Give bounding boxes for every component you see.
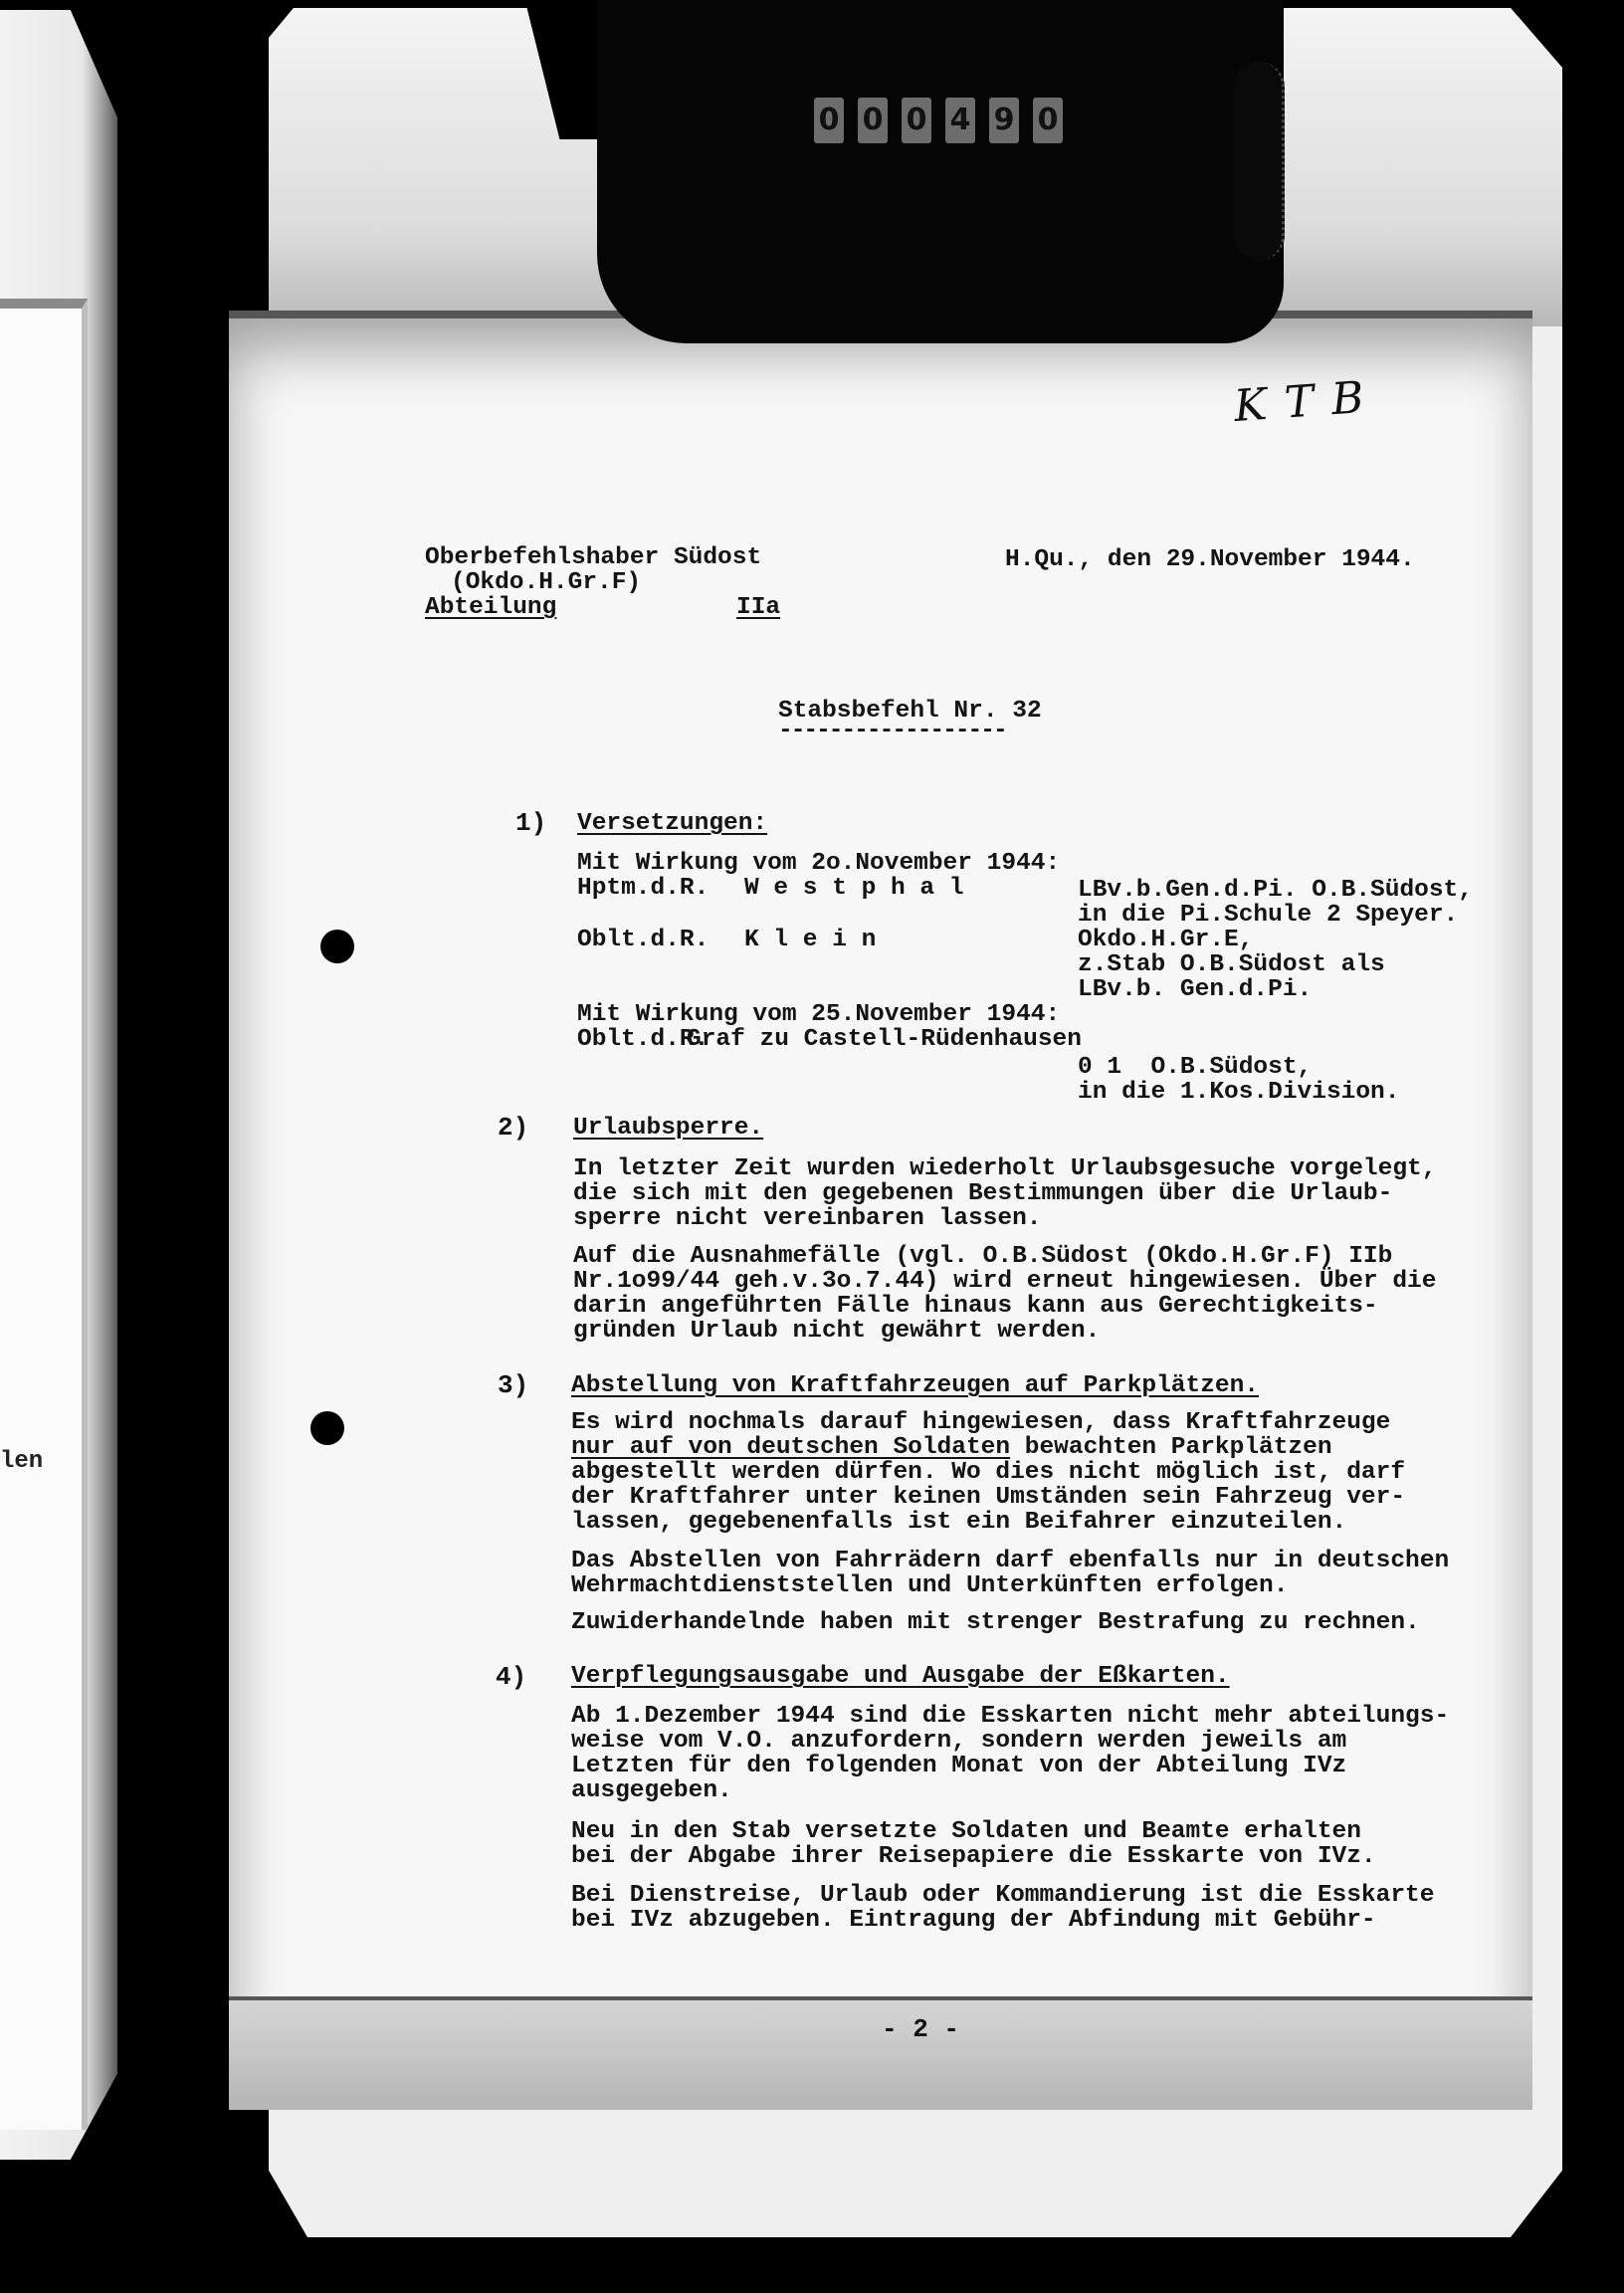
- punch-hole: [310, 1411, 344, 1445]
- rank: Hptm.d.R.: [577, 876, 709, 901]
- paragraph-line: lassen, gegebenenfalls ist ein Beifahrer…: [571, 1510, 1346, 1535]
- counter-wheel-icon: [1234, 62, 1285, 261]
- frame-counter-device: [597, 0, 1284, 343]
- person-name: W e s t p h a l: [744, 876, 964, 901]
- assignment-line: 0 1 O.B.Südost,: [1078, 1055, 1312, 1080]
- paragraph-line: Neu in den Stab versetzte Soldaten und B…: [571, 1819, 1361, 1844]
- org-line-2: (Okdo.H.Gr.F): [451, 570, 641, 595]
- adjacent-page-card: [0, 299, 88, 2130]
- department-label: Abteilung: [425, 595, 556, 620]
- assignment-line: in die 1.Kos.Division.: [1078, 1080, 1399, 1105]
- section-heading: Urlaubsperre.: [573, 1116, 763, 1141]
- section-heading: Versetzungen:: [577, 811, 767, 836]
- counter-digit: 4: [945, 98, 975, 143]
- assignment-line: LBv.b. Gen.d.Pi.: [1078, 977, 1312, 1002]
- counter-digit: 0: [858, 98, 888, 143]
- section-heading: Abstellung von Kraftfahrzeugen auf Parkp…: [571, 1373, 1259, 1398]
- paragraph-line: bei IVz abzugeben. Eintragung der Abfind…: [571, 1908, 1376, 1933]
- rank: Oblt.d.R.: [577, 928, 709, 952]
- adjacent-page-text: len: [0, 1448, 43, 1475]
- paragraph-line: Bei Dienstreise, Urlaub oder Kommandieru…: [571, 1883, 1434, 1908]
- handwritten-mark: KTB: [1232, 371, 1383, 432]
- counter-digit: 0: [902, 98, 931, 143]
- paragraph-line: Es wird nochmals darauf hingewiesen, das…: [571, 1410, 1390, 1435]
- section-heading: Verpflegungsausgabe und Ausgabe der Eßka…: [571, 1664, 1230, 1689]
- person-name: K l e i n: [744, 928, 876, 952]
- assignment-line: z.Stab O.B.Südost als: [1078, 952, 1385, 977]
- paragraph-line: nur auf von deutschen Soldaten bewachten…: [571, 1435, 1332, 1460]
- assignment-line: Okdo.H.Gr.E,: [1078, 928, 1253, 952]
- emphasis-text: nur auf von deutschen Soldaten: [571, 1434, 1010, 1461]
- assignment-line: in die Pi.Schule 2 Speyer.: [1078, 903, 1458, 928]
- counter-digit: 9: [989, 98, 1019, 143]
- paragraph-line: gründen Urlaub nicht gewährt werden.: [573, 1319, 1100, 1344]
- paragraph-line: bei der Abgabe ihrer Reisepapiere die Es…: [571, 1844, 1376, 1869]
- paragraph-line: darin angeführten Fälle hinaus kann aus …: [573, 1294, 1378, 1319]
- paragraph-line: abgestellt werden dürfen. Wo dies nicht …: [571, 1460, 1405, 1485]
- paragraph-line: Letzten für den folgenden Monat von der …: [571, 1754, 1346, 1778]
- paragraph-line: Nr.1o99/44 geh.v.3o.7.44) wird erneut hi…: [573, 1269, 1436, 1294]
- person-name: Graf zu Castell-Rüdenhausen: [687, 1027, 1082, 1052]
- paragraph-line: Zuwiderhandelnde haben mit strenger Best…: [571, 1610, 1420, 1635]
- sheet-bottom-fold: [229, 1996, 1532, 2110]
- page-number: - 2 -: [882, 2014, 959, 2044]
- paragraph-line: ausgegeben.: [571, 1778, 732, 1803]
- paragraph-line: der Kraftfahrer unter keinen Umständen s…: [571, 1485, 1405, 1510]
- paragraph-line: sperre nicht vereinbaren lassen.: [573, 1206, 1041, 1231]
- paragraph-line: Ab 1.Dezember 1944 sind die Esskarten ni…: [571, 1704, 1449, 1729]
- paragraph-line: Das Abstellen von Fahrrädern darf ebenfa…: [571, 1549, 1449, 1573]
- section-number: 1): [515, 808, 546, 838]
- adjacent-page: [0, 10, 117, 2160]
- org-line-1: Oberbefehlshaber Südost: [425, 545, 761, 570]
- paragraph-line: die sich mit den gegebenen Bestimmungen …: [573, 1181, 1392, 1206]
- paragraph-line: Wehrmachtdienststellen und Unterkünften …: [571, 1573, 1288, 1598]
- section-number: 4): [496, 1662, 526, 1692]
- counter-digit: 0: [1033, 98, 1063, 143]
- counter-digits: 0 0 0 4 9 0: [814, 98, 1063, 143]
- paragraph-line: Auf die Ausnahmefälle (vgl. O.B.Südost (…: [573, 1244, 1392, 1269]
- paragraph-line: In letzter Zeit wurden wiederholt Urlaub…: [573, 1156, 1436, 1181]
- paragraph-line: weise vom V.O. anzufordern, sondern werd…: [571, 1729, 1346, 1754]
- section-number: 2): [498, 1113, 528, 1143]
- title-underline: ------------------: [778, 719, 1006, 743]
- punch-hole: [320, 930, 354, 963]
- section-number: 3): [498, 1370, 528, 1400]
- assignment-line: LBv.b.Gen.d.Pi. O.B.Südost,: [1078, 878, 1473, 903]
- effective-date: Mit Wirkung vom 2o.November 1944:: [577, 851, 1060, 876]
- paragraph-line-rest: bewachten Parkplätzen: [1010, 1434, 1331, 1461]
- effective-date: Mit Wirkung vom 25.November 1944:: [577, 1002, 1060, 1027]
- place-date: H.Qu., den 29.November 1944.: [1005, 547, 1415, 572]
- department-code: IIa: [736, 595, 780, 620]
- counter-digit: 0: [814, 98, 844, 143]
